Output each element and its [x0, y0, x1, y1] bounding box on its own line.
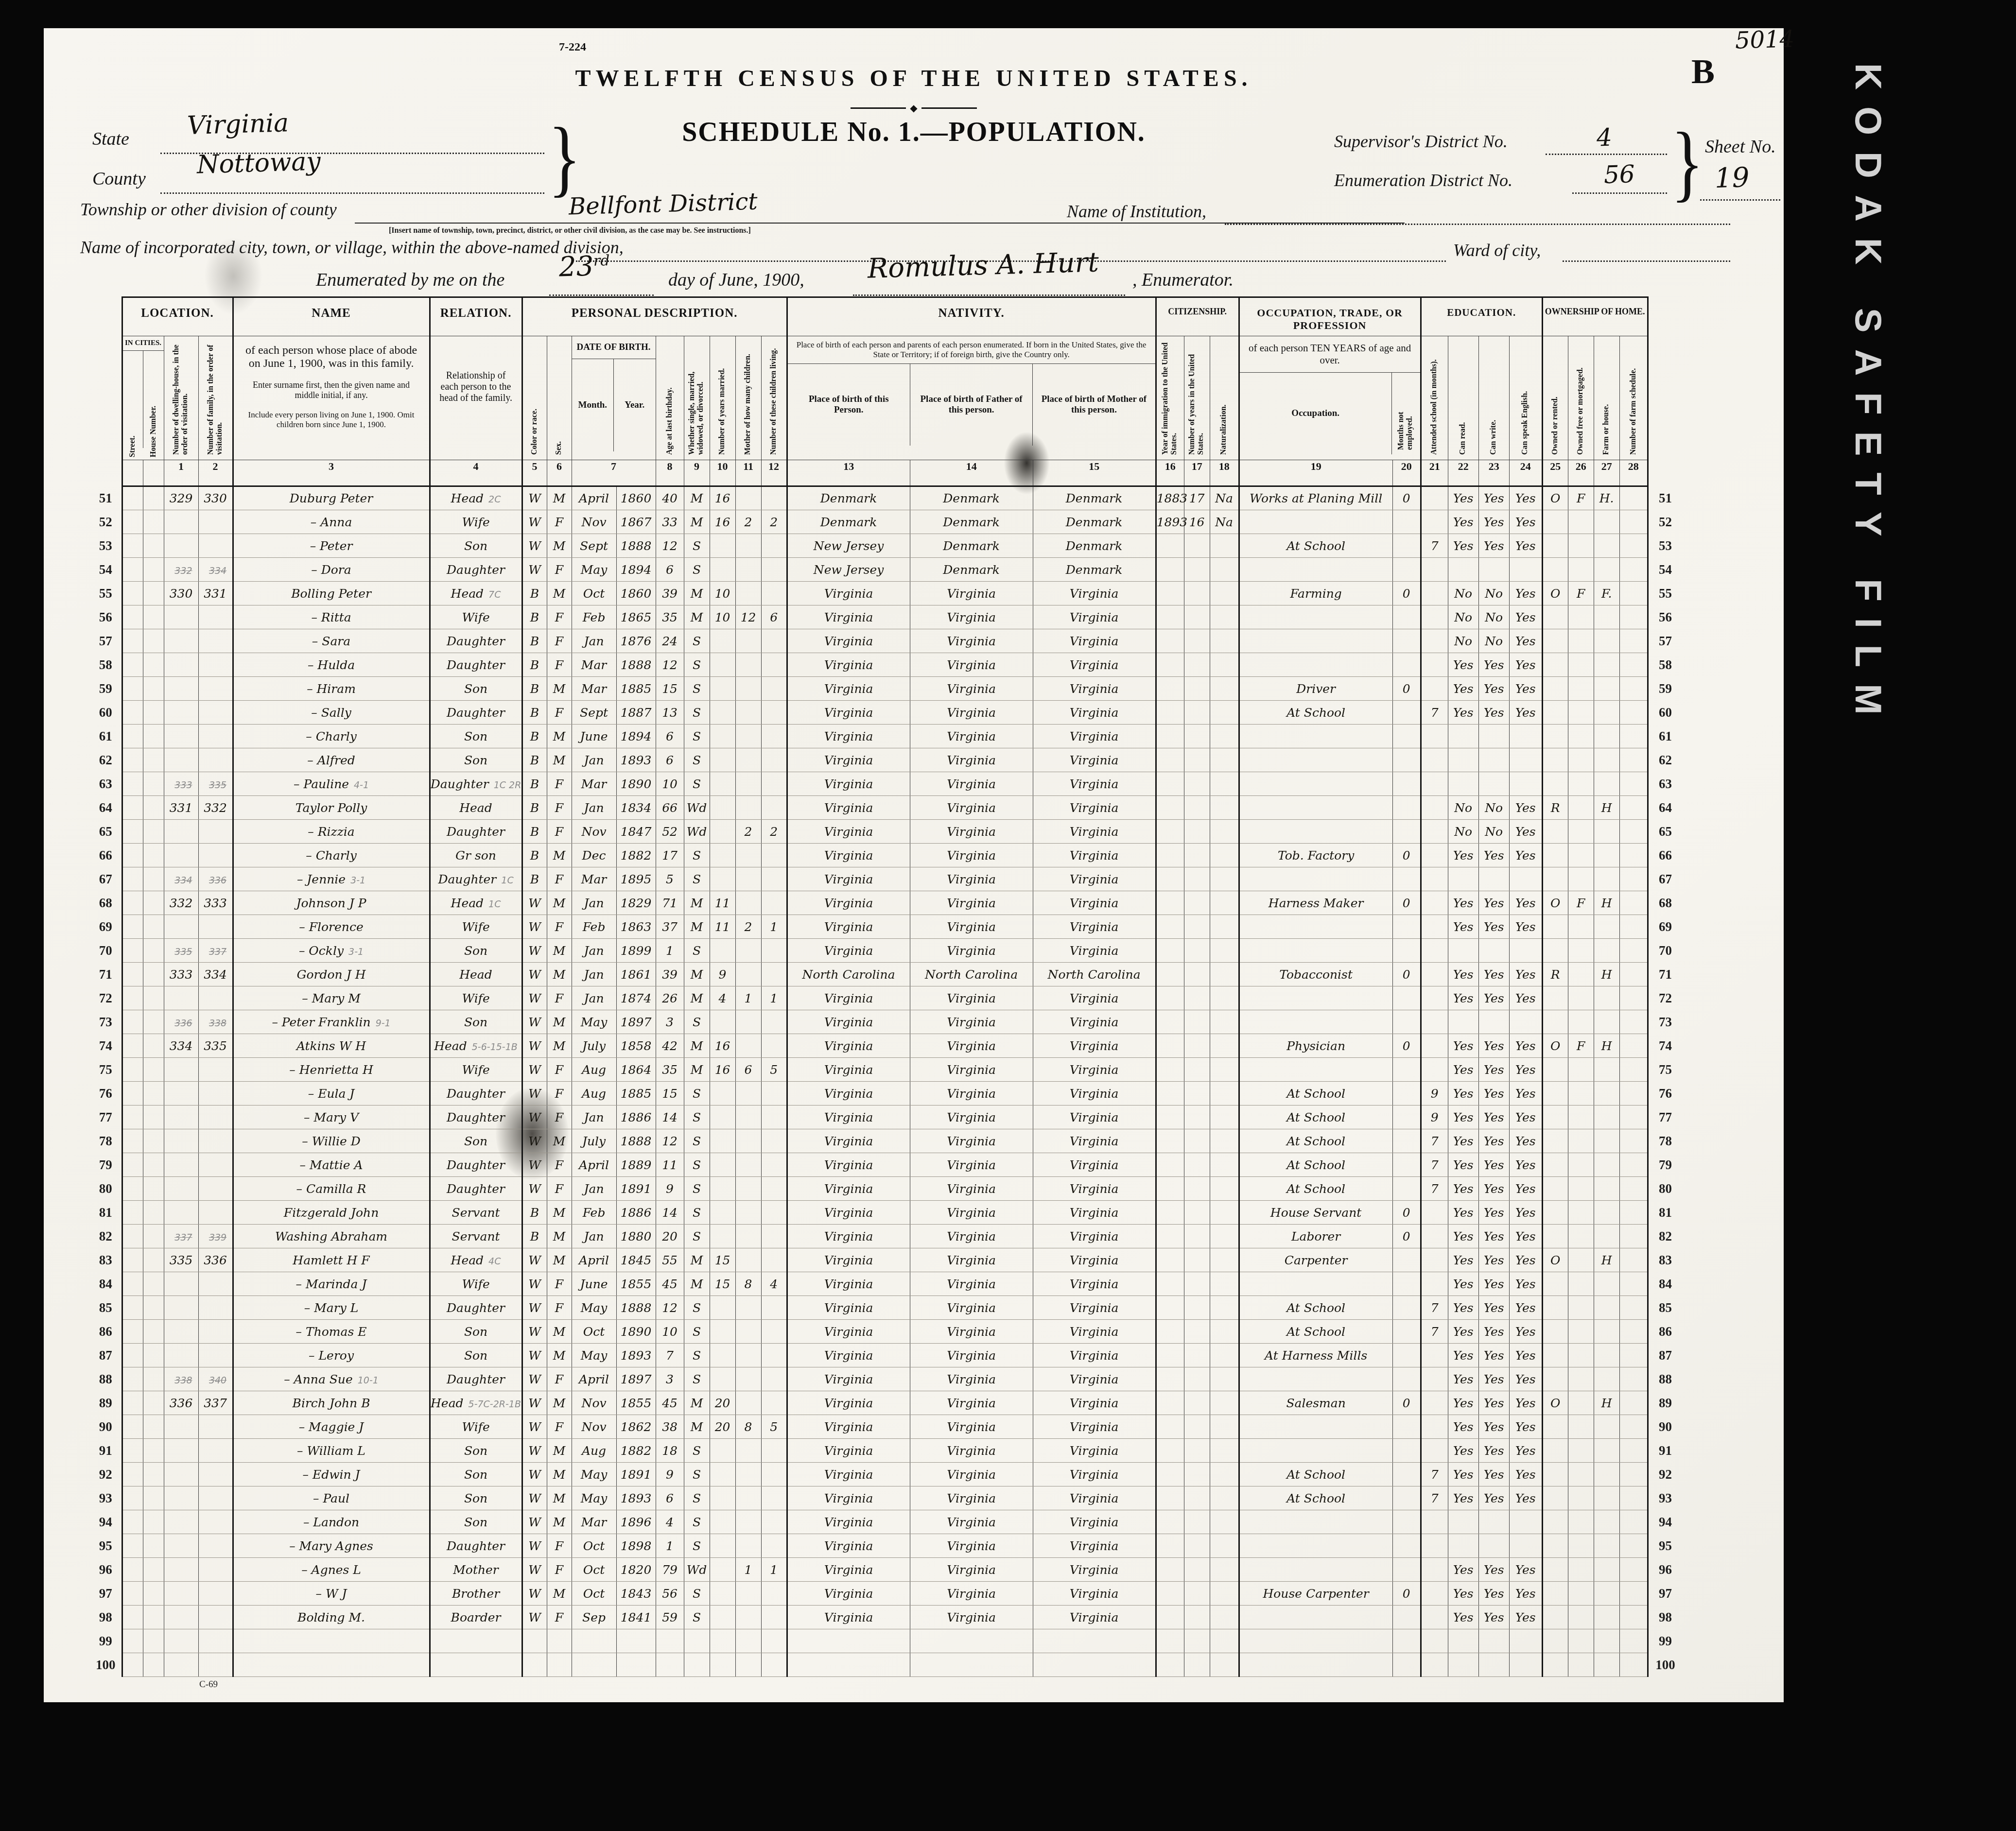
cell-rel: Daughter [430, 1106, 522, 1129]
line-number: 51 [90, 486, 122, 510]
line-number: 91 [90, 1439, 122, 1463]
line-number: 98 [90, 1606, 122, 1629]
cell-fam [198, 844, 233, 867]
cell-wr: Yes [1478, 1153, 1509, 1177]
cell-im [1156, 1272, 1184, 1296]
cell-mn [1392, 939, 1421, 963]
cell-hn [143, 1606, 164, 1629]
cell-dw [164, 605, 198, 629]
cell-sc [1421, 582, 1448, 605]
cell-c: W [522, 1296, 547, 1320]
cell-pb: Virginia [787, 1177, 910, 1201]
cell-yr: 1891 [616, 1177, 656, 1201]
cell-fh [1594, 1510, 1619, 1534]
cell-fb: Denmark [910, 510, 1033, 534]
cell-own [1542, 1058, 1568, 1082]
cell-s: M [547, 963, 572, 986]
cell-ns [1619, 748, 1648, 772]
cell-fb: Virginia [910, 1606, 1033, 1629]
cell-cl [761, 1582, 787, 1606]
cell-sc: 7 [1421, 1177, 1448, 1201]
col-years-married: Number of years married. [710, 336, 735, 460]
cell-na [1210, 1582, 1239, 1606]
cell-mn [1392, 772, 1421, 796]
cell-mb: Virginia [1033, 1320, 1156, 1344]
cell-s: M [547, 1391, 572, 1415]
cell-mc [735, 1010, 761, 1034]
cell-sc [1421, 510, 1448, 534]
cell-cl [761, 1486, 787, 1510]
cell-pb: Virginia [787, 1153, 910, 1177]
cell-name: – Hulda [233, 653, 430, 677]
cell-oc [1239, 1606, 1392, 1629]
cell-fb: Virginia [910, 1439, 1033, 1463]
cell-en: Yes [1509, 1439, 1542, 1463]
cell-wr: Yes [1478, 1439, 1509, 1463]
line-number: 65 [90, 820, 122, 844]
cell-s: M [547, 1320, 572, 1344]
cell-im [1156, 1582, 1184, 1606]
cell-mc [735, 1653, 761, 1677]
cell-yr: 1887 [616, 701, 656, 725]
cell-cl [761, 558, 787, 582]
col-num: 26 [1568, 460, 1594, 486]
cell-fh [1594, 1463, 1619, 1486]
cell-ym [710, 1201, 735, 1225]
cell-fam [198, 701, 233, 725]
line-number: 89 [1648, 1391, 1682, 1415]
cell-ns [1619, 1272, 1648, 1296]
cell-fam [198, 1653, 233, 1677]
cell-cl [761, 1320, 787, 1344]
cell-mo: Nov [572, 1415, 616, 1439]
cell-fm [1568, 605, 1594, 629]
cell-rd [1448, 558, 1478, 582]
cell-s: F [547, 701, 572, 725]
cell-name: – Mary V [233, 1106, 430, 1129]
cell-fh [1594, 558, 1619, 582]
cell-fh [1594, 1082, 1619, 1106]
line-number: 84 [90, 1272, 122, 1296]
cell-ns [1619, 1034, 1648, 1058]
cell-wr: Yes [1478, 1034, 1509, 1058]
cell-mo: Mar [572, 677, 616, 701]
cell-yr: 1890 [616, 772, 656, 796]
cell-own [1542, 844, 1568, 867]
cell-mc: 8 [735, 1415, 761, 1439]
cell-yu [1184, 867, 1210, 891]
cell-ns [1619, 725, 1648, 748]
cell-wr: Yes [1478, 510, 1509, 534]
cell-im [1156, 1106, 1184, 1129]
cell-oc [1239, 796, 1392, 820]
cell-pb: Virginia [787, 939, 910, 963]
cell-dw: 333 [164, 772, 198, 796]
cell-st [122, 1367, 143, 1391]
cell-en: Yes [1509, 844, 1542, 867]
cell-m: Wd [684, 796, 710, 820]
col-num: 27 [1594, 460, 1619, 486]
cell-fam [198, 1129, 233, 1153]
cell-yr: 1876 [616, 629, 656, 653]
cell-fam [198, 1534, 233, 1558]
cell-own [1542, 1629, 1568, 1653]
cell-dw: 336 [164, 1391, 198, 1415]
cell-mo: May [572, 558, 616, 582]
cell-hn [143, 748, 164, 772]
cell-na [1210, 748, 1239, 772]
cell-ns [1619, 1153, 1648, 1177]
cell-ym [710, 1606, 735, 1629]
col-num: 12 [761, 460, 787, 486]
cell-rel: Head4C [430, 1248, 522, 1272]
line-number: 61 [90, 725, 122, 748]
cell-ns [1619, 939, 1648, 963]
cell-oc [1239, 629, 1392, 653]
cell-fb: Virginia [910, 1129, 1033, 1153]
table-row: 58– HuldaDaughterBFMar188812SVirginiaVir… [90, 653, 1682, 677]
cell-rel: Head5-7C-2R-1B [430, 1391, 522, 1415]
line-number: 97 [1648, 1582, 1682, 1606]
table-row: 62– AlfredSonBMJan18936SVirginiaVirginia… [90, 748, 1682, 772]
cell-pb: Virginia [787, 748, 910, 772]
cell-sc [1421, 1225, 1448, 1248]
cell-fb: Virginia [910, 1534, 1033, 1558]
cell-oc [1239, 1439, 1392, 1463]
group-name: NAME [233, 297, 430, 336]
cell-name: – Leroy [233, 1344, 430, 1367]
line-number: 55 [1648, 582, 1682, 605]
line-number: 76 [90, 1082, 122, 1106]
cell-mn [1392, 1153, 1421, 1177]
col-num: 13 [787, 460, 910, 486]
cell-age: 6 [656, 1486, 684, 1510]
cell-mn [1392, 986, 1421, 1010]
line-number: 61 [1648, 725, 1682, 748]
cell-oc [1239, 1510, 1392, 1534]
cell-mn [1392, 510, 1421, 534]
cell-rel: Son [430, 534, 522, 558]
table-row: 52– AnnaWifeWFNov186733M1622DenmarkDenma… [90, 510, 1682, 534]
cell-c: W [522, 1582, 547, 1606]
cell-rd: Yes [1448, 653, 1478, 677]
cell-yr: 1882 [616, 844, 656, 867]
line-number: 84 [1648, 1272, 1682, 1296]
cell-mo: Aug [572, 1058, 616, 1082]
cell-hn [143, 1344, 164, 1367]
line-number: 53 [90, 534, 122, 558]
cell-hn [143, 1415, 164, 1439]
cell-fh [1594, 1534, 1619, 1558]
cell-na [1210, 1153, 1239, 1177]
line-number: 64 [90, 796, 122, 820]
cell-fb: Virginia [910, 1058, 1033, 1082]
cell-cl [761, 629, 787, 653]
cell-own: O [1542, 1391, 1568, 1415]
township-value: Bellfont District [568, 188, 758, 221]
line-number: 56 [1648, 605, 1682, 629]
cell-rel: Son [430, 677, 522, 701]
cell-cl [761, 1606, 787, 1629]
cell-na [1210, 1058, 1239, 1082]
cell-na [1210, 1296, 1239, 1320]
cell-m: M [684, 1415, 710, 1439]
cell-sc [1421, 1558, 1448, 1582]
cell-sc [1421, 1344, 1448, 1367]
cell-na [1210, 701, 1239, 725]
line-number: 53 [1648, 534, 1682, 558]
cell-ns [1619, 605, 1648, 629]
cell-st [122, 915, 143, 939]
cell-yu [1184, 725, 1210, 748]
cell-fb: Virginia [910, 772, 1033, 796]
cell-dw: 330 [164, 582, 198, 605]
cell-fb: Virginia [910, 653, 1033, 677]
cell-na [1210, 1225, 1239, 1248]
cell-im [1156, 1248, 1184, 1272]
cell-c: W [522, 1153, 547, 1177]
cell-fam [198, 605, 233, 629]
cell-own: O [1542, 891, 1568, 915]
cell-sc [1421, 1058, 1448, 1082]
col-house-number: House Number. [149, 342, 158, 457]
cell-m [684, 1629, 710, 1653]
cell-na [1210, 1439, 1239, 1463]
cell-fam: 330 [198, 486, 233, 510]
cell-mo: Sept [572, 534, 616, 558]
sheet-value: 19 [1714, 162, 1750, 194]
group-ownership: OWNERSHIP OF HOME. [1542, 297, 1648, 336]
cell-own: O [1542, 486, 1568, 510]
cell-s: F [547, 1153, 572, 1177]
cell-cl: 1 [761, 1558, 787, 1582]
col-occupation: Occupation. [1240, 373, 1392, 454]
cell-hn [143, 725, 164, 748]
cell-m: M [684, 1034, 710, 1058]
cell-ym [710, 558, 735, 582]
cell-fam [198, 1439, 233, 1463]
col-num: 2 [198, 460, 233, 486]
cell-rel: Servant [430, 1201, 522, 1225]
cell-hn [143, 1439, 164, 1463]
cell-m: S [684, 1177, 710, 1201]
cell-own [1542, 1320, 1568, 1344]
enumerated-day-line [549, 294, 654, 296]
cell-mo: Nov [572, 820, 616, 844]
line-number: 62 [1648, 748, 1682, 772]
microfilm-frame: KODAK SAFETY FILM 7-224 TWELFTH CENSUS O… [0, 0, 2016, 1831]
cell-oc [1239, 1272, 1392, 1296]
cell-mo: May [572, 1010, 616, 1034]
cell-im [1156, 1463, 1184, 1486]
cell-c: W [522, 1344, 547, 1367]
line-number: 75 [1648, 1058, 1682, 1082]
cell-fh: H [1594, 1248, 1619, 1272]
cell-age: 35 [656, 605, 684, 629]
cell-st [122, 986, 143, 1010]
cell-sc [1421, 1439, 1448, 1463]
cell-yr: 1834 [616, 796, 656, 820]
cell-fm [1568, 986, 1594, 1010]
cell-fb: Virginia [910, 1463, 1033, 1486]
cell-fb: Virginia [910, 844, 1033, 867]
cell-mb: Virginia [1033, 1606, 1156, 1629]
cell-hn [143, 510, 164, 534]
cell-fam [198, 1153, 233, 1177]
cell-own [1542, 1558, 1568, 1582]
cell-ns [1619, 534, 1648, 558]
line-number: 66 [90, 844, 122, 867]
cell-name: – Camilla R [233, 1177, 430, 1201]
cell-fb: Virginia [910, 1296, 1033, 1320]
cell-ym [710, 1082, 735, 1106]
cell-own [1542, 1129, 1568, 1153]
cell-age: 11 [656, 1153, 684, 1177]
cell-fam: 339 [198, 1225, 233, 1248]
table-row: 70335337– Ockly3-1SonWMJan18991SVirginia… [90, 939, 1682, 963]
cell-yr: 1864 [616, 1058, 656, 1082]
cell-ns [1619, 1534, 1648, 1558]
cell-age: 12 [656, 1129, 684, 1153]
cell-c: B [522, 844, 547, 867]
cell-mo: Aug [572, 1082, 616, 1106]
line-number: 100 [90, 1653, 122, 1677]
cell-mn [1392, 1272, 1421, 1296]
cell-im [1156, 963, 1184, 986]
cell-st [122, 1106, 143, 1129]
cell-en: Yes [1509, 1320, 1542, 1344]
cell-s: M [547, 1225, 572, 1248]
line-number: 76 [1648, 1082, 1682, 1106]
cell-s: F [547, 915, 572, 939]
col-can-read: Can read. [1448, 336, 1478, 460]
cell-s: M [547, 677, 572, 701]
cell-fm [1568, 1606, 1594, 1629]
cell-fam [198, 748, 233, 772]
cell-mo: Aug [572, 1439, 616, 1463]
col-num: 1 [164, 460, 198, 486]
cell-ns [1619, 1225, 1648, 1248]
cell-s: F [547, 1106, 572, 1129]
cell-na [1210, 891, 1239, 915]
cell-m: M [684, 510, 710, 534]
line-number: 79 [1648, 1153, 1682, 1177]
cell-rd: Yes [1448, 1344, 1478, 1367]
cell-sc [1421, 796, 1448, 820]
line-number: 68 [1648, 891, 1682, 915]
cell-fam [198, 1344, 233, 1367]
cell-rd: Yes [1448, 1582, 1478, 1606]
col-nativity-desc: Place of birth of each person and parent… [787, 336, 1156, 460]
cell-en: Yes [1509, 1296, 1542, 1320]
table-row: 91– William LSonWMAug188218SVirginiaVirg… [90, 1439, 1682, 1463]
cell-s: M [547, 582, 572, 605]
cell-cl [761, 1225, 787, 1248]
cell-fh [1594, 772, 1619, 796]
col-num: 16 [1156, 460, 1184, 486]
cell-na [1210, 1106, 1239, 1129]
cell-oc [1239, 510, 1392, 534]
cell-ym: 15 [710, 1248, 735, 1272]
line-number: 64 [1648, 796, 1682, 820]
cell-en: Yes [1509, 1177, 1542, 1201]
cell-mn [1392, 1486, 1421, 1510]
cell-m: M [684, 986, 710, 1010]
cell-fb: Virginia [910, 748, 1033, 772]
cell-fam: 334 [198, 558, 233, 582]
cell-hn [143, 1201, 164, 1225]
cell-m: S [684, 1463, 710, 1486]
cell-im [1156, 772, 1184, 796]
cell-fm [1568, 867, 1594, 891]
cell-st [122, 1344, 143, 1367]
cell-mc [735, 1177, 761, 1201]
col-free-mortgaged: Owned free or mortgaged. [1568, 336, 1594, 460]
cell-oc: At School [1239, 1177, 1392, 1201]
cell-yr: 1888 [616, 1296, 656, 1320]
cell-pb: Virginia [787, 1606, 910, 1629]
cell-oc [1239, 1367, 1392, 1391]
cell-mn [1392, 1463, 1421, 1486]
line-number: 75 [90, 1058, 122, 1082]
cell-dw [164, 653, 198, 677]
cell-dw: 335 [164, 939, 198, 963]
cell-c [522, 1629, 547, 1653]
cell-ns [1619, 1629, 1648, 1653]
line-number: 57 [90, 629, 122, 653]
cell-mb: Virginia [1033, 1034, 1156, 1058]
cell-ym [710, 1367, 735, 1391]
col-can-write: Can write. [1478, 336, 1509, 460]
cell-fam [198, 1296, 233, 1320]
cell-mn: 0 [1392, 891, 1421, 915]
cell-c: B [522, 772, 547, 796]
cell-m: M [684, 605, 710, 629]
cell-im [1156, 1510, 1184, 1534]
cell-pb: North Carolina [787, 963, 910, 986]
cell-yr: 1855 [616, 1272, 656, 1296]
cell-mc [735, 1534, 761, 1558]
cell-mn [1392, 748, 1421, 772]
cell-cl [761, 963, 787, 986]
cell-cl [761, 1153, 787, 1177]
cell-fm [1568, 1653, 1594, 1677]
cell-mn [1392, 1510, 1421, 1534]
line-number: 69 [90, 915, 122, 939]
cell-c: W [522, 963, 547, 986]
cell-age: 38 [656, 1415, 684, 1439]
cell-mb: Denmark [1033, 486, 1156, 510]
cell-dw [164, 1510, 198, 1534]
col-name-desc: of each person whose place of abode on J… [233, 336, 430, 460]
cell-own: R [1542, 963, 1568, 986]
cell-yr: 1820 [616, 1558, 656, 1582]
cell-oc [1239, 1010, 1392, 1034]
cell-ym [710, 748, 735, 772]
cell-dw [164, 629, 198, 653]
cell-yu [1184, 1558, 1210, 1582]
cell-wr: Yes [1478, 891, 1509, 915]
cell-pb: Virginia [787, 1225, 910, 1248]
cell-mb: Virginia [1033, 1082, 1156, 1106]
cell-wr [1478, 939, 1509, 963]
cell-s: M [547, 486, 572, 510]
cell-na [1210, 534, 1239, 558]
table-row: 71333334Gordon J HHeadWMJan186139M9North… [90, 963, 1682, 986]
cell-dw [164, 1201, 198, 1225]
cell-rd [1448, 1534, 1478, 1558]
cell-rd: No [1448, 582, 1478, 605]
